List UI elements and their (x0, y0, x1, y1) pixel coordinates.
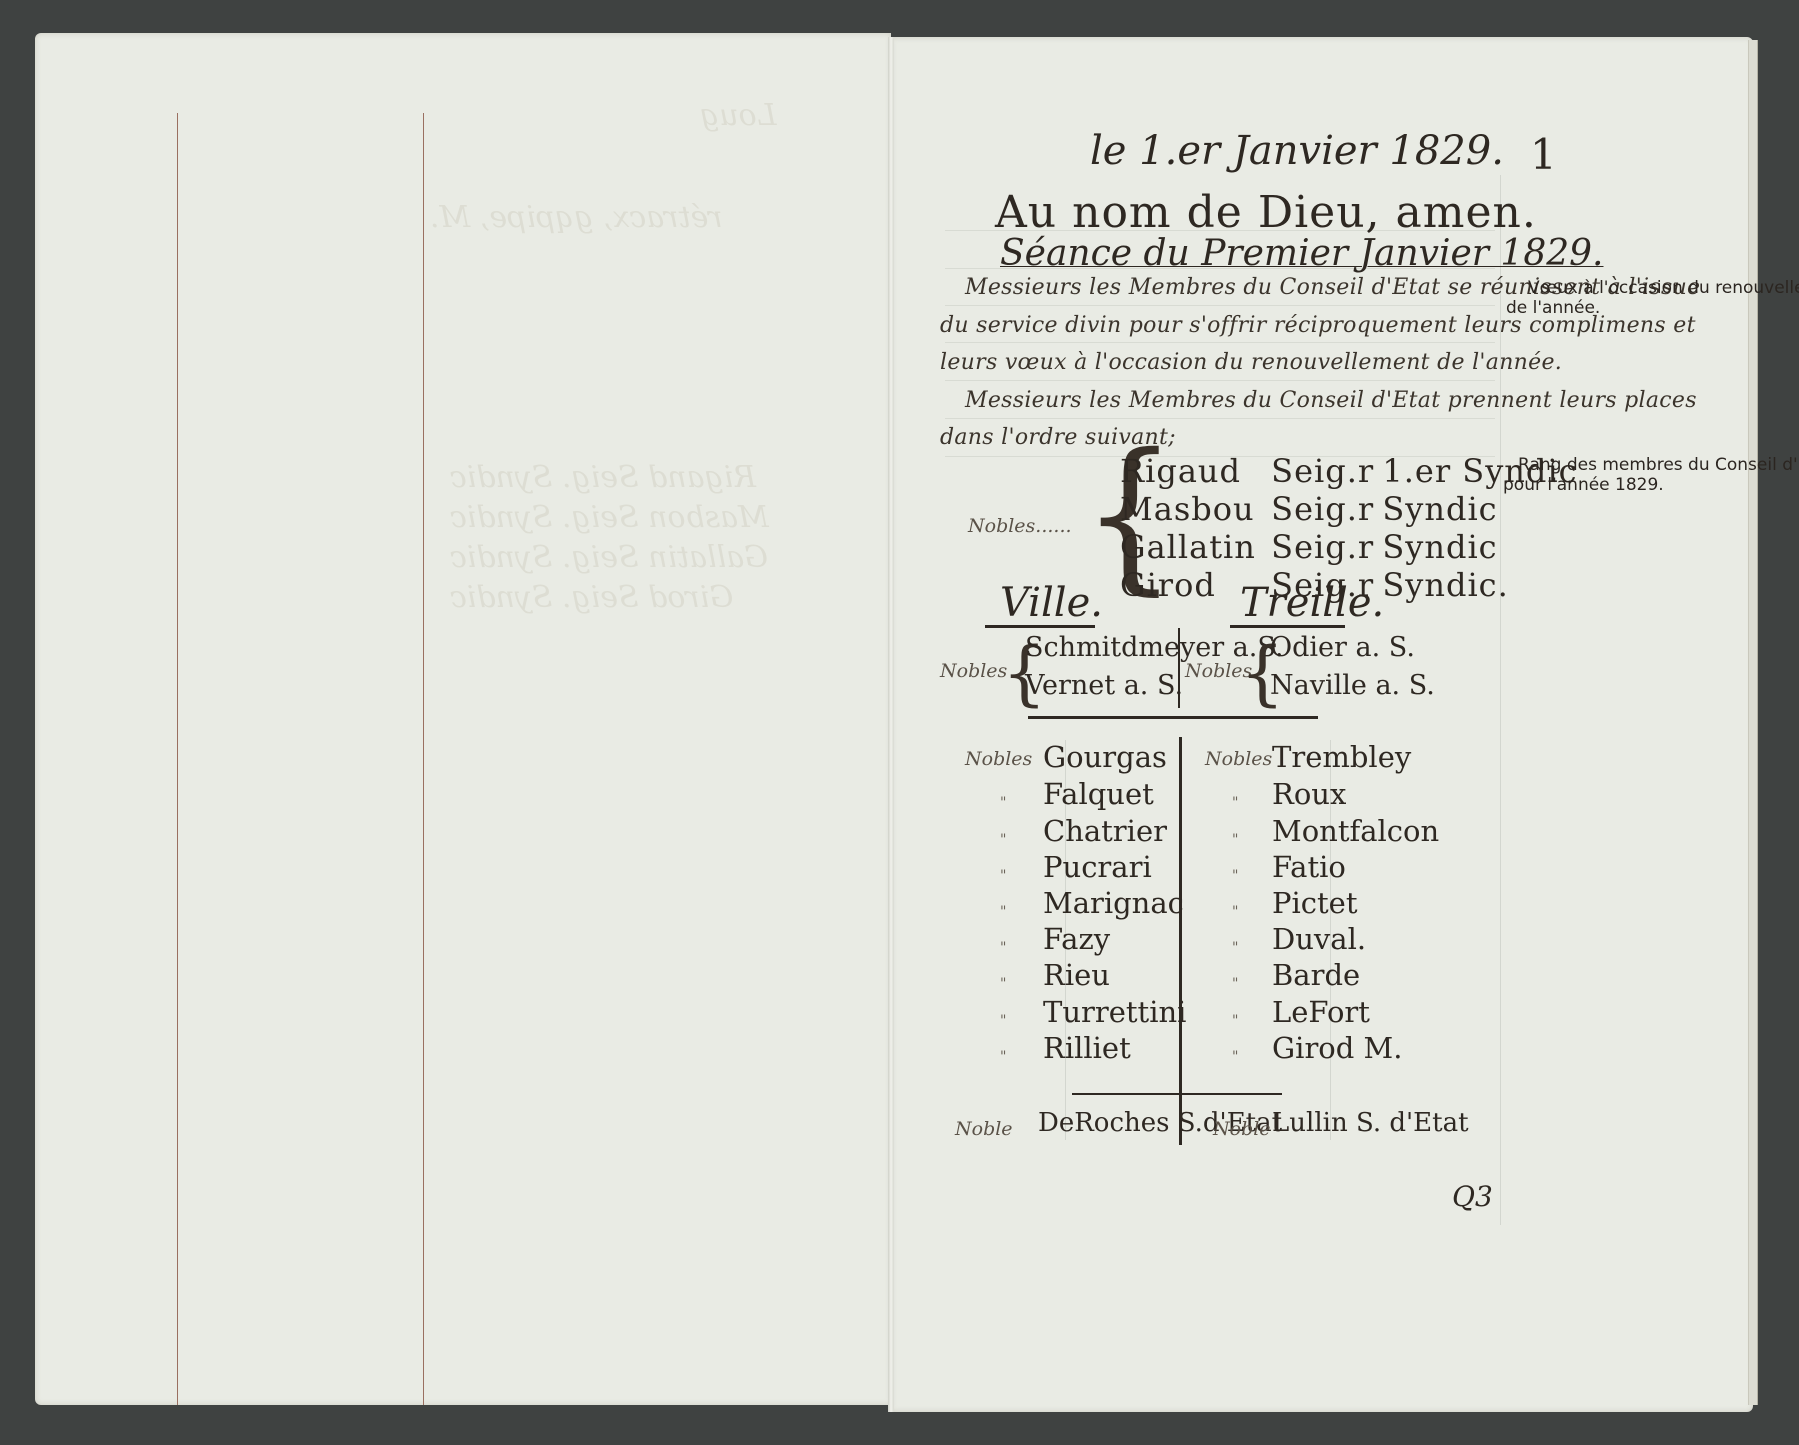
ditto-mark: " (1000, 832, 1006, 848)
bleed-through-text: rétracx, gqpipe, M. (430, 200, 723, 235)
syndics-label: Nobles...... (968, 515, 1072, 537)
left-margin-rule-1 (177, 113, 178, 1405)
date-line: le 1.er Janvier 1829. (1090, 128, 1504, 174)
member-name: Marignac (1043, 886, 1184, 920)
ditto-mark: " (1000, 795, 1006, 811)
section-divider (1028, 716, 1318, 719)
syndic-office: Syndic (1382, 490, 1497, 528)
member-name: LeFort (1272, 995, 1370, 1029)
syndic-name: Rigaud (1120, 452, 1260, 490)
page-edge-stack (1748, 40, 1758, 1405)
ancien-syndic-name: Odier a. S. (1270, 632, 1415, 663)
ditto-mark: " (1000, 940, 1006, 956)
ancien-syndic-name: Naville a. S. (1270, 670, 1435, 701)
secretary-right-label: Noble (1213, 1118, 1271, 1140)
margin-note-line: de l'année. (1506, 298, 1799, 318)
ville-underline (985, 625, 1095, 628)
member-name: Fazy (1043, 922, 1110, 956)
margin-note-1: Vœux à l'occasion du renouvellement de l… (1528, 278, 1799, 318)
syndic-row: Masbou Seig.r Syndic (1120, 490, 1498, 528)
syndic-office: Syndic (1382, 528, 1497, 566)
anciens-divider (1178, 628, 1180, 708)
ditto-mark: " (1232, 832, 1238, 848)
left-margin-rule-2 (423, 113, 424, 1405)
syndic-row: Gallatin Seig.r Syndic (1120, 528, 1498, 566)
page-number: 1 (1530, 130, 1557, 179)
ditto-mark: " (1232, 795, 1238, 811)
ditto-mark: " (1232, 940, 1238, 956)
footer-mark: Q3 (1452, 1180, 1493, 1213)
syndic-title: Seig.r (1271, 528, 1371, 566)
ditto-mark: " (1232, 1049, 1238, 1065)
syndic-office: Syndic. (1382, 566, 1508, 604)
member-name: Gourgas (1043, 740, 1167, 774)
treille-underline (1230, 625, 1345, 628)
member-name: Girod M. (1272, 1031, 1402, 1065)
bleed-through-text: Rigand Seig. Syndic (450, 460, 756, 495)
paragraph-line: leurs vœux à l'occasion du renouvellemen… (940, 350, 1562, 375)
bleed-through-text: Masbon Seig. Syndic (450, 500, 769, 535)
ditto-mark: " (1232, 1013, 1238, 1029)
margin-note-line: Rang des membres du Conseil d'Etat (1518, 455, 1799, 475)
member-name: Pucrari (1043, 850, 1152, 884)
ville-heading: Ville. (1000, 580, 1103, 626)
member-name: Rieu (1043, 958, 1110, 992)
ruled-line (945, 418, 1495, 419)
member-name: Turrettini (1043, 995, 1186, 1029)
secretaries-divider (1072, 1093, 1282, 1095)
syndic-title: Seig.r (1271, 490, 1371, 528)
member-name: Trembley (1272, 740, 1411, 774)
ditto-mark: " (1000, 1049, 1006, 1065)
syndic-name: Gallatin (1120, 528, 1260, 566)
ruled-line (945, 342, 1495, 343)
member-name: Chatrier (1043, 814, 1167, 848)
members-right-label: Nobles (1205, 748, 1272, 770)
bleed-through-text: Girod Seig. Syndic (450, 580, 733, 615)
member-name: Rilliet (1043, 1031, 1131, 1065)
ditto-mark: " (1000, 1013, 1006, 1029)
anciens-left-label: Nobles (940, 660, 1007, 682)
ditto-mark: " (1000, 868, 1006, 884)
bleed-through-text: Loug (700, 98, 777, 133)
syndic-title: Seig.r (1271, 452, 1371, 490)
paragraph-line: Messieurs les Membres du Conseil d'Etat … (965, 388, 1697, 413)
member-name: Pictet (1272, 886, 1358, 920)
member-name: Duval. (1272, 922, 1366, 956)
book-gutter (888, 37, 894, 1412)
bleed-through-text: Gallatin Seig. Syndic (450, 540, 768, 575)
ditto-mark: " (1000, 904, 1006, 920)
member-name: Roux (1272, 777, 1346, 811)
secretary-left-label: Noble (955, 1118, 1013, 1140)
syndic-name: Girod (1120, 566, 1260, 604)
margin-note-line: Vœux à l'occasion du renouvellement (1528, 278, 1799, 298)
ditto-mark: " (1232, 976, 1238, 992)
member-name: Falquet (1043, 777, 1154, 811)
margin-note-2: Rang des membres du Conseil d'Etat pour … (1518, 455, 1799, 495)
member-name: Barde (1272, 958, 1360, 992)
secretary-right: Lullin S. d'Etat (1272, 1108, 1469, 1138)
ruled-line (945, 380, 1495, 381)
ditto-mark: " (1000, 976, 1006, 992)
member-name: Fatio (1272, 850, 1346, 884)
invocation-heading: Au nom de Dieu, amen. (995, 187, 1537, 238)
syndic-name: Masbou (1120, 490, 1260, 528)
ruled-line (945, 305, 1495, 306)
members-divider (1179, 737, 1182, 1145)
member-name: Montfalcon (1272, 814, 1439, 848)
members-left-label: Nobles (965, 748, 1032, 770)
margin-note-line: pour l'année 1829. (1503, 475, 1799, 495)
ancien-syndic-name: Vernet a. S. (1025, 670, 1183, 701)
left-page (35, 33, 891, 1405)
ditto-mark: " (1232, 868, 1238, 884)
session-title: Séance du Premier Janvier 1829. (1000, 233, 1604, 274)
treille-heading: Treille. (1240, 580, 1384, 626)
ditto-mark: " (1232, 904, 1238, 920)
